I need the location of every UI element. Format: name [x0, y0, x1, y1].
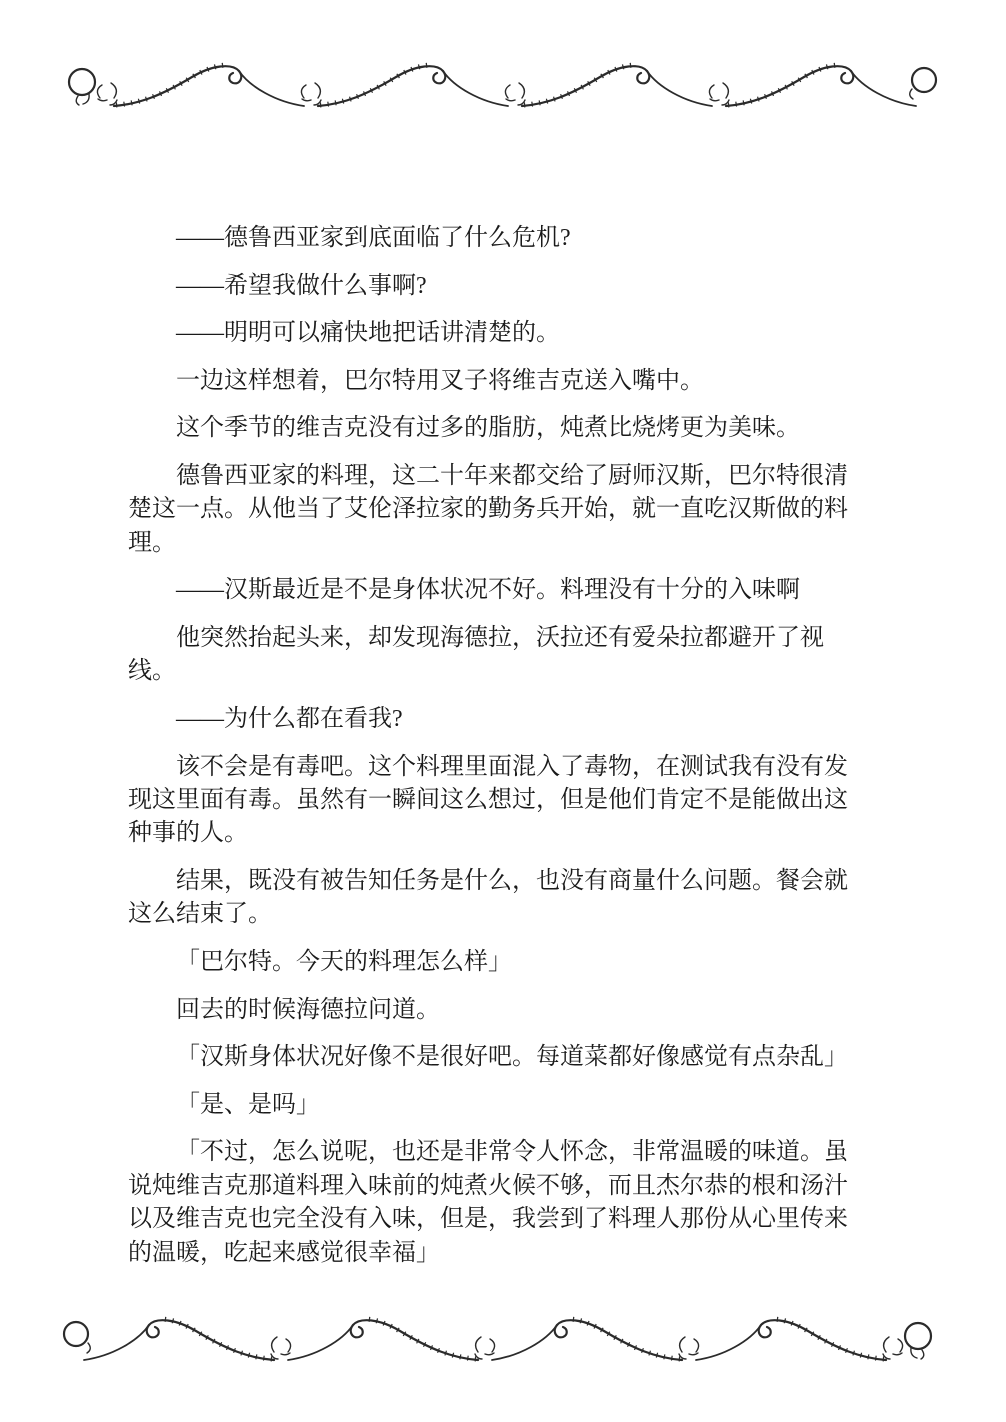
book-page: ——德鲁西亚家到底面临了什么危机?——希望我做什么事啊?——明明可以痛快地把话讲… — [0, 0, 1006, 1422]
paragraph: ——明明可以痛快地把话讲清楚的。 — [128, 317, 908, 350]
paragraph: ——汉斯最近是不是身体状况不好。料理没有十分的入味啊 — [128, 574, 908, 607]
paragraph: 他突然抬起头来，却发现海德拉，沃拉还有爱朵拉都避开了视 线。 — [128, 622, 908, 689]
flourish-border-bottom-icon — [58, 1308, 942, 1368]
paragraph: 「是、是吗」 — [128, 1089, 908, 1122]
paragraph: ——希望我做什么事啊? — [128, 270, 908, 303]
paragraph: 「巴尔特。今天的料理怎么样」 — [128, 946, 908, 979]
paragraph: ——为什么都在看我? — [128, 703, 908, 736]
paragraph: 德鲁西亚家的料理，这二十年来都交给了厨师汉斯，巴尔特很清 楚这一点。从他当了艾伦… — [128, 460, 908, 560]
paragraph: 「不过，怎么说呢，也还是非常令人怀念，非常温暖的味道。虽 说炖维吉克那道料理入味… — [128, 1136, 908, 1270]
paragraph: ——德鲁西亚家到底面临了什么危机? — [128, 222, 908, 255]
paragraph: 结果，既没有被告知任务是什么，也没有商量什么问题。餐会就 这么结束了。 — [128, 865, 908, 932]
paragraph: 「汉斯身体状况好像不是很好吧。每道菜都好像感觉有点杂乱」 — [128, 1041, 908, 1074]
paragraph: 回去的时候海德拉问道。 — [128, 994, 908, 1027]
novel-text: ——德鲁西亚家到底面临了什么危机?——希望我做什么事啊?——明明可以痛快地把话讲… — [128, 222, 908, 1284]
paragraph: 一边这样想着，巴尔特用叉子将维吉克送入嘴中。 — [128, 365, 908, 398]
paragraph: 这个季节的维吉克没有过多的脂肪，炖煮比烧烤更为美味。 — [128, 412, 908, 445]
paragraph: 该不会是有毒吧。这个料理里面混入了毒物，在测试我有没有发 现这里面有毒。虽然有一… — [128, 751, 908, 851]
flourish-border-top-icon — [58, 54, 942, 114]
